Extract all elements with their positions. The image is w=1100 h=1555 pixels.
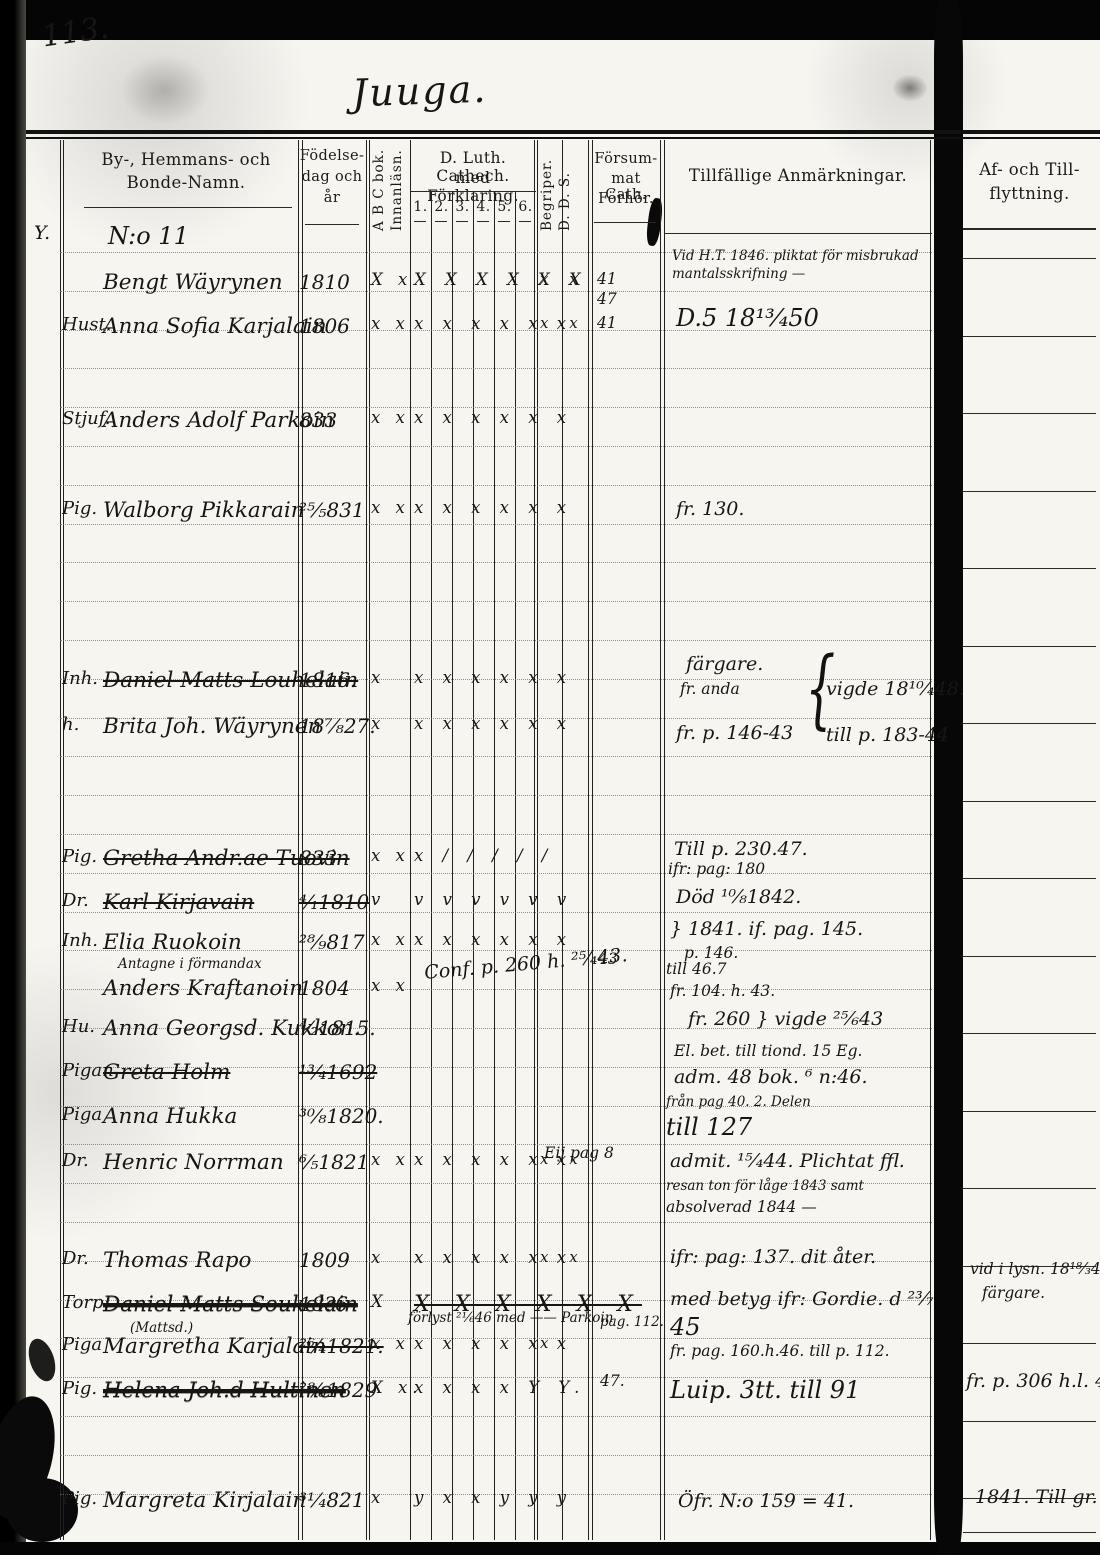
- row-margin-label: Dr.: [62, 892, 89, 910]
- header-rule: [26, 130, 1100, 134]
- column-header-name-line2: Bonde-Namn.: [78, 173, 294, 192]
- remark-note: } 1841. if. pag. 145.: [670, 920, 863, 939]
- row-name: Margreta Kirjalain: [103, 1490, 306, 1512]
- row-margin-label: Pig.: [62, 848, 97, 866]
- remark-note: 43: [598, 952, 618, 968]
- remark-note: Död ¹⁰⁄₈1842.: [676, 888, 801, 907]
- row-dds-marks: x x: [540, 316, 586, 331]
- page-number: 113.: [40, 13, 110, 52]
- row-rule-right: [963, 258, 1096, 259]
- row-birth-date: ⁴⁄₂1815.: [299, 1018, 376, 1038]
- remark-note: mantalsskrifning —: [672, 268, 805, 282]
- row-name: Bengt Wäyrynen: [103, 272, 283, 294]
- row-rule-right: [963, 491, 1096, 492]
- column-line: [592, 140, 593, 1540]
- page-title: Juuga.: [351, 70, 487, 113]
- column-header-dds-label: D. D. S.: [557, 145, 573, 231]
- row-abc-marks: x x: [371, 932, 410, 949]
- row-rule-left: [60, 834, 932, 835]
- remark-note: fr. 260 } vigde ²⁵⁄₆43: [688, 1010, 883, 1029]
- row-catechism-marks: x x x x x x: [414, 716, 573, 733]
- column-header-birth-line2: dag och: [299, 169, 365, 185]
- row-abc-marks: x x: [371, 316, 410, 333]
- row-rule-left: [60, 873, 932, 874]
- remark-note: 47.: [600, 1374, 625, 1390]
- row-rule-left: [60, 1222, 932, 1223]
- row-margin-label: Inh.: [62, 932, 98, 950]
- column-header-name-line1: By-, Hemmans- och: [78, 150, 294, 169]
- row-birth-date: 833: [299, 410, 337, 430]
- row-catechism-marks: x / / / / /: [414, 848, 554, 865]
- remark-note: Vid H.T. 1846. pliktat för misbrukad: [672, 250, 919, 264]
- remark-note: resan ton för låge 1843 samt: [666, 1180, 864, 1194]
- column-header-birth-line3: år: [299, 190, 365, 206]
- remark-note: färgare.: [686, 655, 763, 674]
- row-birth-date: 1810: [299, 272, 350, 292]
- row-catechism-marks: y x x y y y: [414, 1490, 573, 1507]
- remark-note: till 46.7: [666, 962, 727, 978]
- remark-note: Antagne i förmandax: [118, 958, 262, 972]
- row-rule-right: [963, 1343, 1096, 1344]
- row-forsummat-value-2: 47: [597, 292, 617, 308]
- row-rule-left: [60, 1455, 932, 1456]
- subcolumn-underline: [456, 221, 468, 222]
- moving-note: fr. p. 306 h.l. 48.: [966, 1372, 1100, 1391]
- subcolumn-underline: [519, 221, 531, 222]
- row-margin-label: Dr.: [62, 1250, 89, 1268]
- column-line: [298, 140, 299, 1540]
- remark-note: pag. 112.: [600, 1316, 664, 1330]
- row-forsummat-value: 41: [597, 316, 617, 332]
- row-name: Karl Kirjavain: [103, 892, 254, 914]
- remark-note: Y.: [34, 224, 50, 243]
- row-name: Margretha Karjalain: [103, 1336, 326, 1358]
- row-dds-marks: x x: [540, 1250, 586, 1265]
- row-dds-marks: x: [540, 1294, 556, 1309]
- column-header-begriper: Begriper.: [539, 145, 555, 231]
- moving-note: vid i lysn. 18¹⁸⁄₃48 till: [970, 1262, 1100, 1278]
- column-line: [60, 140, 61, 1540]
- row-name: Elia Ruokoin: [103, 932, 242, 954]
- column-line: [302, 140, 303, 1540]
- row-abc-marks: x: [371, 1490, 385, 1507]
- remark-note: N:o 11: [108, 224, 189, 248]
- row-rule-left: [60, 795, 932, 796]
- remark-note: fr. 104. h. 43.: [670, 984, 775, 1000]
- row-birth-date: 1809: [299, 1250, 350, 1270]
- column-line: [562, 140, 563, 1540]
- column-line: [410, 140, 411, 1540]
- row-name: Thomas Rapo: [103, 1250, 251, 1272]
- row-catechism-marks: v v v v v v: [414, 892, 573, 909]
- cat-subcolumn-label: 5.: [494, 199, 515, 215]
- row-rule-right: [963, 1111, 1096, 1112]
- row-rule-left: [60, 640, 932, 641]
- remark-note: med betyg ifr: Gordie. d ²³⁄₇: [670, 1290, 934, 1309]
- row-abc-marks: x: [371, 1250, 385, 1267]
- remark-note: Till p. 230.47.: [674, 840, 808, 859]
- row-margin-label: Piga: [62, 1336, 102, 1354]
- remark-note: Öfr. N:o 159 = 41.: [678, 1492, 854, 1511]
- row-birth-date: ²⁵⁄₅831: [299, 500, 365, 520]
- row-catechism-marks: x x x x x x: [414, 670, 573, 687]
- row-rule-left: [60, 368, 932, 369]
- row-name: Anna Sofia Karjalain: [103, 316, 327, 338]
- remark-note: ifr: pag: 137. dit åter.: [670, 1248, 876, 1267]
- header-underline: [664, 233, 932, 234]
- row-rule-left: [60, 1144, 932, 1145]
- row-rule-right: [963, 568, 1096, 569]
- row-catechism-marks: x x x x x x: [414, 410, 573, 427]
- row-rule-left: [60, 601, 932, 602]
- column-header-moving-line1: Af- och Till-: [963, 160, 1096, 179]
- row-forsummat-value: 41: [597, 272, 617, 288]
- row-margin-label: Pig.: [62, 1490, 97, 1508]
- row-birth-date: ³⁰⁄₈1820.: [299, 1106, 384, 1126]
- remark-note: fr. pag. 160.h.46. till p. 112.: [670, 1344, 890, 1360]
- column-header-fors-line3: Förhör.: [590, 191, 662, 207]
- column-line: [369, 140, 370, 1540]
- row-rule-right: [963, 723, 1096, 724]
- column-line: [660, 140, 661, 1540]
- row-rule-right: [963, 801, 1096, 802]
- row-name: Walborg Pikkarain: [103, 500, 305, 522]
- row-abc-marks: x x: [371, 410, 410, 427]
- remark-note: fr. 130.: [676, 500, 744, 519]
- header-underline: [305, 224, 359, 225]
- row-rule-right: [963, 1033, 1096, 1034]
- cat-subcolumn-label: 3.: [452, 199, 473, 215]
- row-rule-right: [963, 1188, 1096, 1189]
- row-abc-marks: x: [371, 716, 385, 733]
- column-line: [366, 140, 367, 1540]
- row-name: Brita Joh. Wäyrynen: [103, 716, 321, 738]
- row-birth-date: 1804: [299, 978, 350, 998]
- row-abc-marks: x x: [371, 500, 410, 517]
- scan-edge-left: [0, 0, 26, 1555]
- row-rule-left: [60, 562, 932, 563]
- row-abc-marks: v: [371, 892, 385, 909]
- remark-note: Eij pag 8: [544, 1146, 614, 1162]
- row-abc-marks: X: [371, 1294, 388, 1311]
- remark-note: (Mattsd.): [130, 1322, 193, 1336]
- row-rule-right: [963, 646, 1096, 647]
- header-underline: [84, 207, 292, 208]
- cat-subcolumn-label: 4.: [473, 199, 494, 215]
- row-catechism-marks: x x x x x x: [414, 500, 573, 517]
- cat-subcolumn-label: 1.: [410, 199, 431, 215]
- row-rule-right: [963, 1532, 1096, 1533]
- column-header-moving-line2: flyttning.: [963, 184, 1096, 203]
- remark-note: till p. 183-44: [826, 726, 949, 745]
- row-birth-date: ²⁸⁄₉817: [299, 932, 365, 952]
- row-birth-date: ⁶⁄₅1821: [299, 1152, 369, 1172]
- row-rule-left: [60, 446, 932, 447]
- row-birth-date: 1816.: [299, 670, 356, 690]
- column-header-birth-line1: Födelse-: [299, 148, 365, 164]
- remark-note: fr. p. 146-43: [676, 724, 793, 743]
- scanned-parish-register-page: { "page": { "number": "113.", "title": "…: [0, 0, 1100, 1555]
- subcolumn-underline: [498, 221, 510, 222]
- row-birth-date: 833: [299, 848, 337, 868]
- row-margin-label: Hu.: [62, 1018, 95, 1036]
- row-abc-marks: x x: [371, 1336, 410, 1353]
- row-rule-left: [60, 485, 932, 486]
- remark-note: D.5 18¹³⁄₄50: [676, 306, 819, 330]
- column-line: [664, 140, 665, 1540]
- row-name: Greta Holm: [103, 1062, 230, 1084]
- scan-edge-bottom: [0, 1542, 1100, 1555]
- column-line: [930, 140, 931, 1540]
- row-abc-marks: X x: [371, 272, 412, 289]
- header-underline: [594, 222, 656, 223]
- remark-note: absolverad 1844 —: [666, 1200, 817, 1216]
- row-birth-date: ⁴⁄₁1810: [299, 892, 369, 912]
- row-margin-label: Inh.: [62, 670, 98, 688]
- header-rule: [26, 137, 1100, 139]
- row-name: Anders Kraftanoin: [103, 978, 303, 1000]
- remark-note: fr. anda: [680, 682, 740, 698]
- row-abc-marks: x x: [371, 1152, 410, 1169]
- remark-note: admit. ¹⁵⁄₄44. Plichtat ffl.: [670, 1152, 905, 1171]
- row-abc-marks: x x: [371, 978, 410, 995]
- row-rule-right: [963, 956, 1096, 957]
- remark-note: förlyst ²¹⁄₆46 med —— Parkoin: [408, 1312, 613, 1326]
- remark-note: Luip. 3tt. till 91: [670, 1378, 860, 1402]
- book-gutter: [934, 0, 963, 1555]
- column-line: [537, 140, 538, 1540]
- header-underline: [963, 228, 1096, 230]
- row-birth-date: ²⁸⁄₆1829: [299, 1380, 377, 1400]
- remark-note: ifr: pag: 180: [668, 862, 765, 878]
- subcolumn-underline: [477, 221, 489, 222]
- row-margin-label: h.: [62, 716, 79, 734]
- row-catechism-marks: x x x x Y Y.: [414, 1380, 586, 1397]
- row-rule-left: [60, 1416, 932, 1417]
- row-abc-marks: x x: [371, 848, 410, 865]
- row-birth-date: ¹³⁄₄1692: [299, 1062, 377, 1082]
- row-rule-left: [60, 524, 932, 525]
- row-dds-marks: x: [540, 1336, 556, 1351]
- row-birth-date: ³¹⁄₄821: [299, 1490, 365, 1510]
- row-rule-left: [60, 756, 932, 757]
- subcolumn-underline: [414, 221, 426, 222]
- column-header-remarks: Tillfällige Anmärkningar.: [664, 166, 932, 185]
- row-rule-right: [963, 413, 1096, 414]
- moving-note: färgare.: [982, 1286, 1045, 1302]
- row-margin-label: Dr.: [62, 1152, 89, 1170]
- column-line: [63, 140, 64, 1540]
- row-margin-label: Piga: [62, 1106, 102, 1124]
- remark-note: adm. 48 bok. ⁶ n:46.: [674, 1068, 868, 1087]
- row-birth-date: 18⁷⁄₈27.: [299, 716, 376, 736]
- row-margin-label: Pig.: [62, 500, 97, 518]
- remark-note: till 127: [666, 1115, 752, 1139]
- remark-note: vigde 18¹⁰⁄₄48.: [826, 680, 965, 699]
- remark-note: från pag 40. 2. Delen: [666, 1096, 811, 1110]
- column-line: [588, 140, 589, 1540]
- cat-subcolumn-label: 6.: [515, 199, 536, 215]
- remark-note: El. bet. till tiond. 15 Eg.: [674, 1044, 862, 1060]
- row-birth-date: 18?6: [299, 1294, 348, 1314]
- row-birth-date: 1806: [299, 316, 350, 336]
- row-rule-right: [963, 878, 1096, 879]
- cat-subcolumn-label: 2.: [431, 199, 452, 215]
- column-header-fors-line1: Försum-: [590, 151, 662, 167]
- column-header-abc: A B C bok. Innanläsn.: [371, 145, 405, 231]
- row-name: Henric Norrman: [103, 1152, 284, 1174]
- column-header-abc-line2: Innanläsn.: [389, 145, 405, 231]
- column-line: [534, 140, 535, 1540]
- row-catechism-marks: x x x x x x: [414, 932, 573, 949]
- row-rule-right: [963, 1421, 1096, 1422]
- moving-note: 1841. Till gr.: [975, 1488, 1098, 1507]
- row-abc-marks: x: [371, 670, 385, 687]
- row-margin-label: Pig.: [62, 1380, 97, 1398]
- remark-note: 45: [670, 1315, 701, 1339]
- row-name: Anna Hukka: [103, 1106, 237, 1128]
- row-dds-marks: x x: [540, 272, 586, 287]
- subcolumn-underline: [435, 221, 447, 222]
- column-header-abc-line1: A B C bok.: [371, 145, 387, 231]
- column-header-dds: Begriper. D. D. S.: [539, 145, 573, 231]
- row-rule-right: [963, 336, 1096, 337]
